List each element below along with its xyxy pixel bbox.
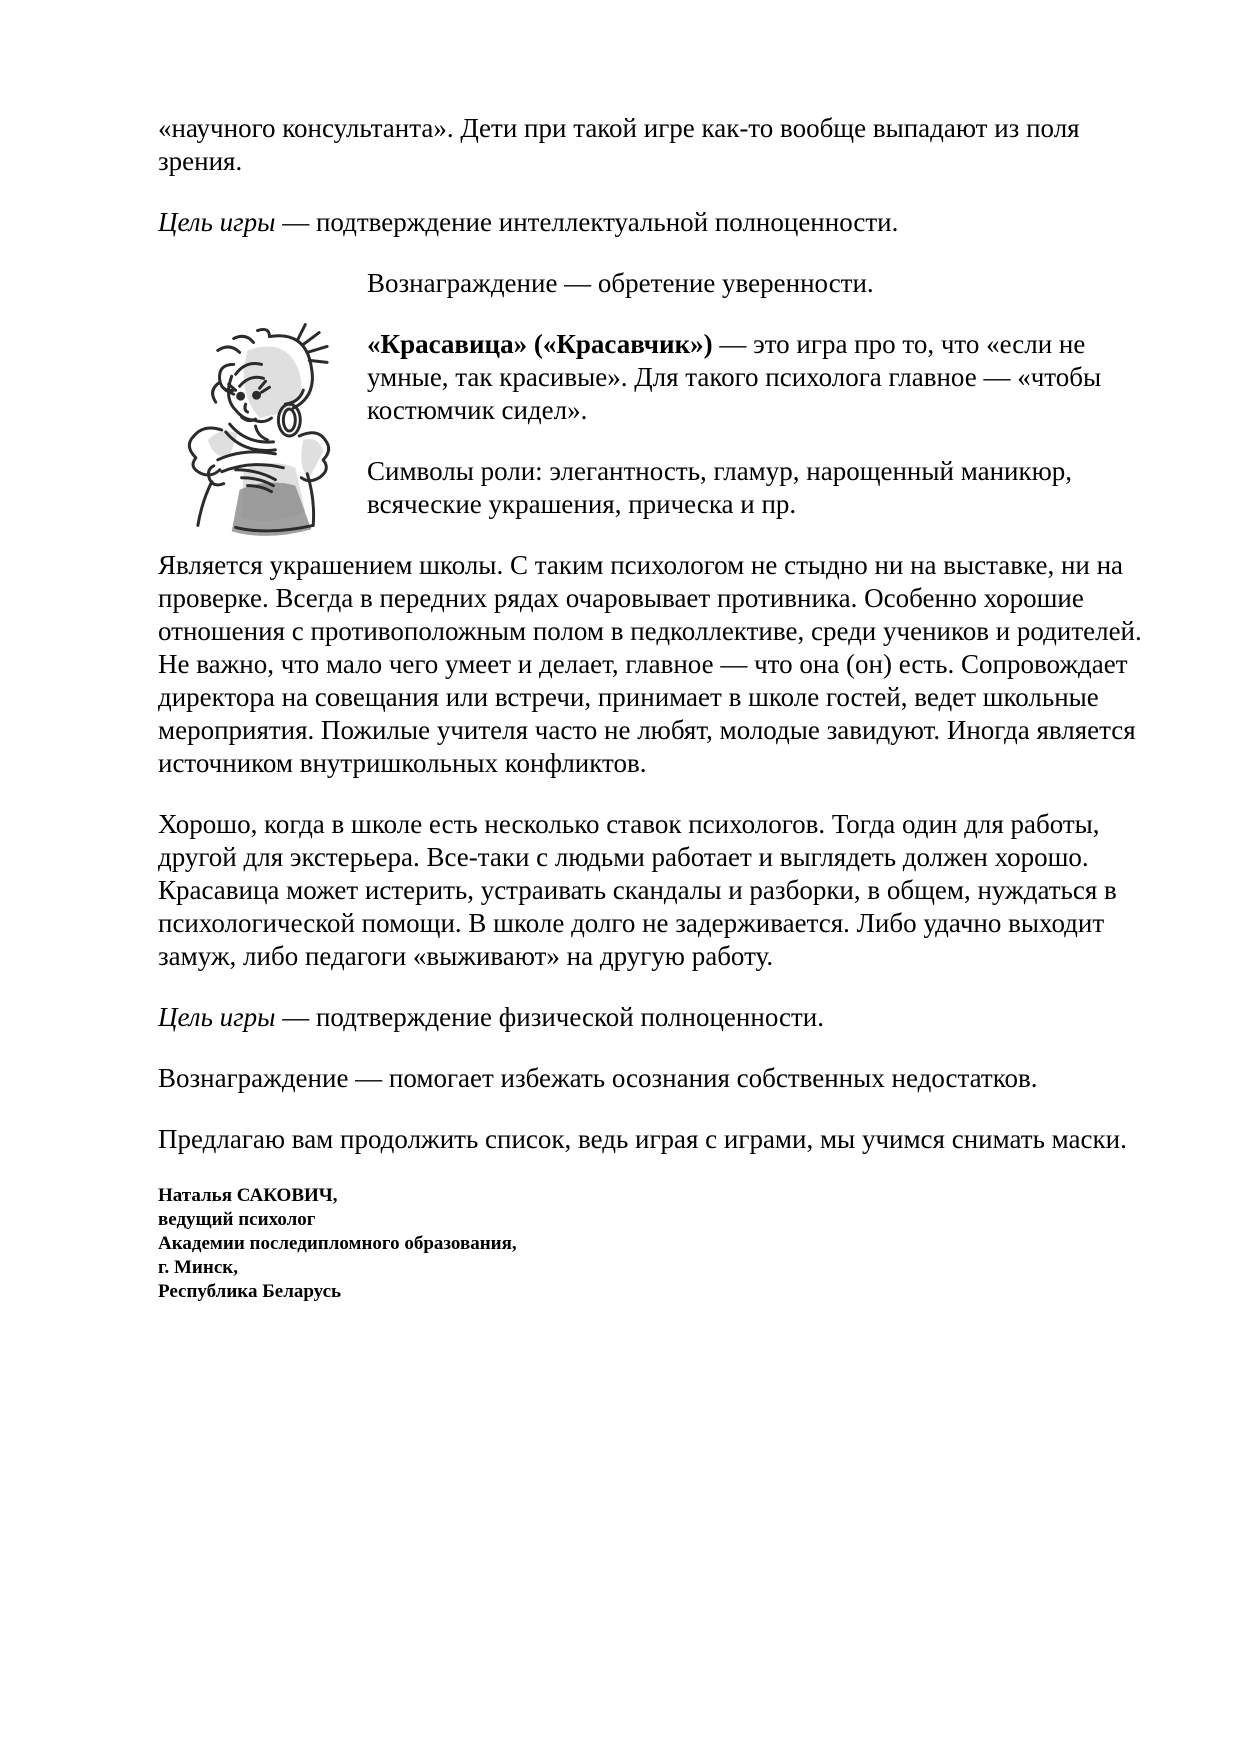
- paragraph-school-decoration: Является украшением школы. С таким психо…: [158, 549, 1142, 780]
- signature-author-institution: Академии последипломного образования,: [158, 1232, 1142, 1256]
- game-goal-lead: Цель игры: [158, 207, 275, 237]
- signature-author-country: Республика Беларусь: [158, 1280, 1142, 1304]
- game-goal-text-2: — подтверждение физической полноценности…: [275, 1002, 824, 1032]
- paragraph-several-psychologists: Хорошо, когда в школе есть несколько ста…: [158, 808, 1142, 973]
- woman-cartoon-illustration: [178, 320, 347, 536]
- game-goal-lead-2: Цель игры: [158, 1002, 275, 1032]
- paragraph-game-goal-1: Цель игры — подтверждение интеллектуальн…: [158, 206, 1142, 239]
- signature-author-title: ведущий психолог: [158, 1208, 1142, 1232]
- paragraph-game-goal-2: Цель игры — подтверждение физической пол…: [158, 1001, 1142, 1034]
- author-signature-block: Наталья САКОВИЧ, ведущий психолог Академ…: [158, 1184, 1142, 1304]
- paragraph-conclusion: Предлагаю вам продолжить список, ведь иг…: [158, 1123, 1142, 1156]
- signature-author-name: Наталья САКОВИЧ,: [158, 1184, 1142, 1208]
- paragraph-intro-tail: «научного консультанта». Дети при такой …: [158, 112, 1142, 178]
- signature-author-city: г. Минск,: [158, 1256, 1142, 1280]
- game-goal-text: — подтверждение интеллектуальной полноце…: [275, 207, 898, 237]
- document-page: «научного консультанта». Дети при такой …: [0, 0, 1240, 1754]
- beauty-title: «Красавица» («Красавчик»): [367, 329, 713, 359]
- paragraph-reward-2: Вознаграждение — помогает избежать осозн…: [158, 1062, 1142, 1095]
- paragraph-reward-1: Вознаграждение — обретение уверенности.: [367, 267, 1142, 300]
